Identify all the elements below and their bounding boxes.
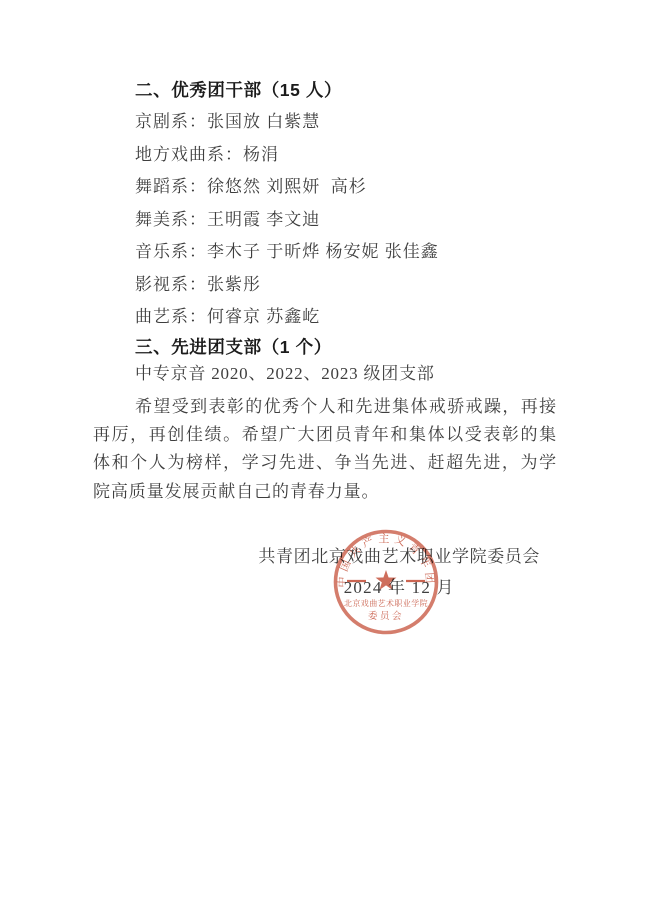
- section-heading-outstanding-cadres: 二、优秀团干部（15 人）: [93, 80, 557, 100]
- document-page: 二、优秀团干部（15 人） 京剧系：张国放 白紫慧 地方戏曲系：杨涓 舞蹈系：徐…: [0, 0, 650, 921]
- list-item-jingju: 京剧系：张国放 白紫慧: [93, 106, 557, 139]
- seal-org-text: 北京戏曲艺术职业学院: [344, 598, 428, 608]
- seal-committee-text: 委员会: [368, 610, 404, 622]
- cadre-list: 京剧系：张国放 白紫慧 地方戏曲系：杨涓 舞蹈系：徐悠然 刘熙妍 高杉 舞美系：…: [93, 106, 557, 334]
- signature-date: 2024 年 12 月: [258, 576, 540, 599]
- document-body: 二、优秀团干部（15 人） 京剧系：张国放 白紫慧 地方戏曲系：杨涓 舞蹈系：徐…: [93, 80, 557, 523]
- closing-paragraph: 希望受到表彰的优秀个人和先进集体戒骄戒躁，再接再厉，再创佳绩。希望广大团员青年和…: [93, 393, 557, 507]
- signature-block: 共青团北京戏曲艺术职业学院委员会 2024 年 12 月: [258, 545, 540, 599]
- section-heading-advanced-branch: 三、先进团支部（1 个）: [93, 337, 557, 357]
- list-item-yinyue: 音乐系：李木子 于昕烨 杨安妮 张佳鑫: [93, 236, 557, 269]
- branch-list-item: 中专京音 2020、2022、2023 级团支部: [93, 361, 557, 387]
- list-item-difangxiqu: 地方戏曲系：杨涓: [93, 139, 557, 172]
- list-item-wudao: 舞蹈系：徐悠然 刘熙妍 高杉: [93, 171, 557, 204]
- list-item-yingshi: 影视系：张紫彤: [93, 269, 557, 302]
- signature-organization: 共青团北京戏曲艺术职业学院委员会: [258, 545, 540, 568]
- list-item-quyi: 曲艺系：何睿京 苏鑫屹: [93, 301, 557, 334]
- list-item-wumei: 舞美系：王明霞 李文迪: [93, 204, 557, 237]
